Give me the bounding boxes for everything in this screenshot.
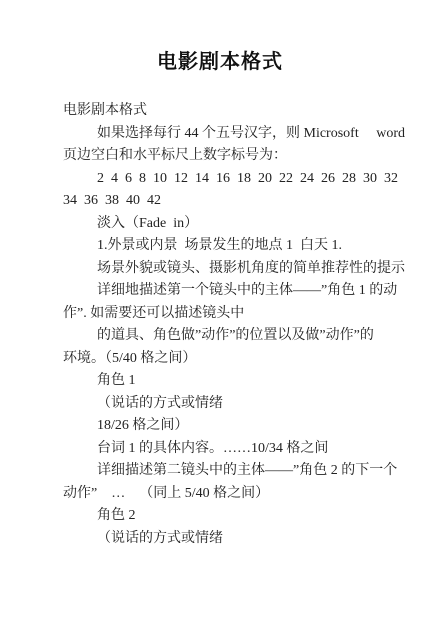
text-line: 环境。（5/40 格之间）: [63, 348, 426, 371]
document-body: 电影剧本格式如果选择每行 44 个五号汉字，则 Microsoft word页边…: [63, 100, 426, 550]
text-line: 角色 2: [63, 505, 426, 528]
text-line: 角色 1: [63, 370, 426, 393]
document-page: 电影剧本格式 电影剧本格式如果选择每行 44 个五号汉字，则 Microsoft…: [0, 0, 440, 622]
text-line: 1.外景或内景 场景发生的地点 1 白天 1.: [63, 235, 426, 258]
text-line: 如果选择每行 44 个五号汉字，则 Microsoft word: [63, 123, 426, 146]
text-line: 台词 1 的具体内容。……10/34 格之间: [63, 438, 426, 461]
text-line: 18/26 格之间）: [63, 415, 426, 438]
text-line: 页边空白和水平标尺上数字标号为：: [63, 145, 426, 168]
text-line: 2 4 6 8 10 12 14 16 18 20 22 24 26 28 30…: [63, 168, 426, 191]
text-line: 详细地描述第一个镜头中的主体——”角色 1 的动: [63, 280, 426, 303]
text-line: （说话的方式或情绪: [63, 393, 426, 416]
text-line: 的道具、角色做”动作”的位置以及做”动作”的: [63, 325, 426, 348]
text-line: 详细描述第二镜头中的主体——”角色 2 的下一个: [63, 460, 426, 483]
document-title: 电影剧本格式: [0, 0, 440, 75]
text-line: 电影剧本格式: [63, 100, 426, 123]
text-line: 场景外貌或镜头、摄影机角度的简单推荐性的提示: [63, 258, 426, 281]
text-line: （说话的方式或情绪: [63, 528, 426, 551]
text-line: 淡入（Fade in）: [63, 213, 426, 236]
text-line: 34 36 38 40 42: [63, 190, 426, 213]
text-line: 作”. 如需要还可以描述镜头中: [63, 303, 426, 326]
text-line: 动作” … （同上 5/40 格之间）: [63, 483, 426, 506]
